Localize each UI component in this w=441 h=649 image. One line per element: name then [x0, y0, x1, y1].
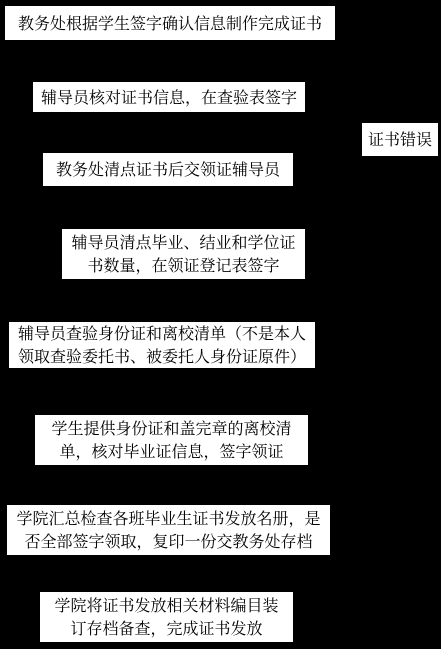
flowchart-canvas: 教务处根据学生签字确认信息制作完成证书 辅导员核对证书信息，在查验表签字 证书错…: [0, 0, 441, 649]
flowchart-node-check-id-and-list: 辅导员查验身份证和离校清单（不是本人领取查验委托书、被委托人身份证原件）: [9, 322, 315, 368]
flowchart-node-certificate-error: 证书错误: [362, 123, 438, 156]
flowchart-node-count-and-handover: 教务处清点证书后交领证辅导员: [43, 153, 293, 186]
flowchart-node-archive-complete: 学院将证书发放相关材料编目装订存档备查，完成证书发放: [40, 592, 293, 642]
flowchart-node-make-certificate: 教务处根据学生签字确认信息制作完成证书: [5, 6, 335, 40]
flowchart-node-college-check-roster: 学院汇总检查各班毕业生证书发放名册，是否全部签字领取，复印一份交教务处存档: [7, 505, 330, 555]
flowchart-node-verify-certificate: 辅导员核对证书信息，在查验表签字: [33, 82, 305, 112]
flowchart-node-counselor-count-sign: 辅导员清点毕业、结业和学位证书数量，在领证登记表签字: [62, 229, 305, 279]
flowchart-node-student-sign-receive: 学生提供身份证和盖完章的离校清单，核对毕业证信息，签字领证: [35, 415, 308, 465]
